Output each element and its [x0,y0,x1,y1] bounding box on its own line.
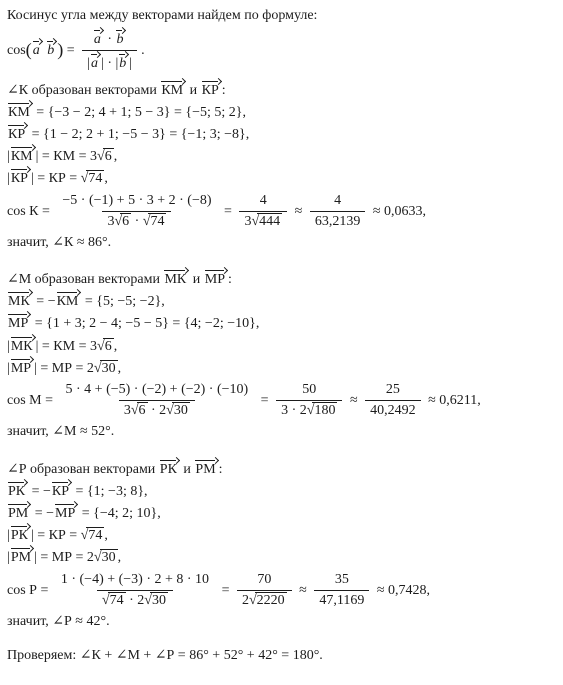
vector-МК: МК [10,335,36,354]
vector-КР: КР [10,167,31,186]
vector-МК: МК [163,268,189,287]
math-text: = {1 − 2; 2 + 1; −5 − 3} = {−1; 3; −8}, [28,127,249,142]
math-line: |РК| = КР = √74, [7,524,559,545]
math-text: . [141,43,145,58]
math-text: cos [7,43,26,58]
math-text: 35 [335,572,349,587]
math-text: 50 [302,382,316,397]
math-text: : [219,462,223,477]
numerator: 70 [252,571,276,590]
math-text: , [114,149,118,164]
math-line: Косинус угла между векторами найдем по ф… [7,7,559,25]
math-line: КМ = {−3 − 2; 4 + 1; 5 − 3} = {−5; 5; 2}… [7,101,559,122]
radicand: 30 [100,549,118,566]
fraction: 702√2220 [237,571,292,610]
math-text: | = КМ = 3 [36,149,97,164]
sqrt: √74 [143,214,167,229]
math-text: cos К = [7,203,53,218]
math-text: , [118,550,122,565]
math-text: · 2 [148,403,167,418]
radicand: 2220 [255,592,287,609]
sqrt: √180 [307,403,338,418]
vector-РМ: РМ [10,546,34,565]
math-line: ∠Р образован векторами РК и РМ: [7,458,559,479]
math-text: −5 · (−1) + 5 · 3 + 2 · (−8) [62,193,211,208]
math-text: cos М = [7,393,57,408]
math-text: ≈ 0,7428, [373,582,430,597]
denominator: 3√6 · √74 [102,211,171,231]
denominator: |a| · |b| [82,50,137,73]
math-line: |МК| = КМ = 3√6, [7,335,559,356]
math-text: = [221,203,236,218]
math-text: ∠К образован векторами [7,83,160,98]
numerator: 4 [329,192,346,211]
numerator: a · b [88,28,132,50]
denominator: 3√444 [239,211,287,231]
radicand: 30 [150,592,168,609]
math-line: |РМ| = МР = 2√30, [7,546,559,567]
numerator: −5 · (−1) + 5 · 3 + 2 · (−8) [57,192,216,211]
math-text: 2 [242,593,249,608]
vector-b: b [118,52,129,71]
vector-РМ: РМ [194,458,218,477]
math-text: = {1; −3; 8}, [72,484,148,499]
vector-МК: МК [7,290,33,309]
math-text: 25 [386,382,400,397]
fraction: 463,2139 [310,192,366,231]
math-text: = [63,43,78,58]
denominator: √74 · 2√30 [97,590,173,610]
section-angle-k: ∠К образован векторами КМ и КР:КМ = {−3 … [7,79,559,253]
radicand: 74 [86,527,104,544]
math-text: 47,1169 [319,593,364,608]
math-text: = {1 + 3; 2 − 4; −5 − 5} = {4; −2; −10}, [31,316,259,331]
vector-a: a [93,28,104,47]
math-line: КР = {1 − 2; 2 + 1; −5 − 3} = {−1; 3; −8… [7,123,559,144]
vector-МР: МР [54,502,78,521]
math-text: | = КР = [31,528,81,543]
vector-b: b [115,28,126,47]
radicand: 30 [172,402,190,419]
math-text: ≈ 0,6211, [425,393,481,408]
math-line: |КМ| = КМ = 3√6, [7,145,559,166]
sqrt: √6 [114,214,131,229]
math-line: значит, ∠К ≈ 86°. [7,234,559,252]
math-line: значит, ∠М ≈ 52°. [7,423,559,441]
sqrt: √30 [144,593,168,608]
math-text: ≈ [346,393,361,408]
vector-КР: КР [201,79,222,98]
numerator: 25 [381,381,405,400]
math-text: , [104,171,108,186]
math-line: значит, ∠Р ≈ 42°. [7,613,559,631]
math-line: РМ = −МР = {−4; 2; 10}, [7,502,559,523]
math-text: 3 · 2 [281,403,307,418]
math-line: МК = −КМ = {5; −5; −2}, [7,290,559,311]
fraction: 2540,2492 [365,381,421,420]
fraction: a · b|a| · |b| [82,28,137,73]
math-text: Проверяем: ∠К + ∠М + ∠Р = 86° + 52° + 42… [7,648,323,663]
math-line: cos М = 5 · 4 + (−5) · (−2) + (−2) · (−1… [7,379,559,422]
math-text: = [218,582,233,597]
radicand: 6 [137,402,148,419]
math-text: 70 [257,572,271,587]
fraction: 5 · 4 + (−5) · (−2) + (−2) · (−10)3√6 · … [61,381,254,420]
math-text: = {−3 − 2; 4 + 1; 5 − 3} = {−5; 5; 2}, [33,105,246,120]
radicand: 6 [103,338,114,355]
sqrt: √6 [97,339,114,354]
numerator: 50 [297,381,321,400]
denominator: 3 · 2√180 [276,400,342,420]
math-text: ≈ [291,203,306,218]
math-text: | = КР = [31,171,81,186]
radicand: 74 [148,213,166,230]
math-text: 40,2492 [370,403,416,418]
math-text: = − [33,294,56,309]
math-document: Косинус угла между векторами найдем по ф… [0,0,563,665]
sqrt: √6 [97,149,114,164]
math-text: cos Р = [7,582,52,597]
vector-КМ: КМ [56,290,82,309]
sqrt: √30 [94,550,118,565]
fraction: 43√444 [239,192,287,231]
math-text: Косинус угла между векторами найдем по ф… [7,8,317,23]
math-line: cos К = −5 · (−1) + 5 · 3 + 2 · (−8)3√6 … [7,190,559,233]
numerator: 4 [255,192,272,211]
vector-МР: МР [204,268,228,287]
sqrt: √30 [94,361,118,376]
math-text: значит, ∠К ≈ 86°. [7,235,111,250]
vector-РМ: РМ [7,502,31,521]
fraction: 3547,1169 [314,571,369,610]
math-text: и [189,272,204,287]
denominator: 63,2139 [310,211,366,231]
math-line: ∠К образован векторами КМ и КР: [7,79,559,100]
math-text: ≈ 0,0633, [369,203,426,218]
radicand: 30 [100,360,118,377]
denominator: 40,2492 [365,400,421,420]
vector-b: b [46,39,57,58]
sqrt: √74 [81,171,105,186]
math-text: 4 [260,193,267,208]
math-line: |КР| = КР = √74, [7,167,559,188]
math-text: 3 [124,403,131,418]
math-text: = − [28,484,51,499]
math-text: ∠М образован векторами [7,272,163,287]
math-text: 1 · (−4) + (−3) · 2 + 8 · 10 [61,572,209,587]
math-text: значит, ∠М ≈ 52°. [7,424,114,439]
radicand: 6 [120,213,131,230]
math-line: ∠М образован векторами МК и МР: [7,268,559,289]
vector-КМ: КМ [7,101,33,120]
math-text: : [222,83,226,98]
radicand: 6 [103,148,114,165]
math-text: = {−4; 2; 10}, [78,506,161,521]
sqrt: √74 [81,528,105,543]
math-text: и [186,83,201,98]
math-text: 63,2139 [315,214,361,229]
math-line: Проверяем: ∠К + ∠М + ∠Р = 86° + 52° + 42… [7,647,559,665]
math-text: 4 [334,193,341,208]
math-line: РК = −КР = {1; −3; 8}, [7,480,559,501]
math-text: | [129,56,132,71]
section-intro: Косинус угла между векторами найдем по ф… [7,7,559,76]
vector-РК: РК [159,458,180,477]
fraction: 1 · (−4) + (−3) · 2 + 8 · 10√74 · 2√30 [56,571,214,610]
section-check: Проверяем: ∠К + ∠М + ∠Р = 86° + 52° + 42… [7,647,559,665]
math-text: · [104,32,116,47]
denominator: 3√6 · 2√30 [119,400,195,420]
math-text: | · | [101,56,118,71]
math-line: cos(a b) = a · b|a| · |b|. [7,26,559,75]
vector-КМ: КМ [160,79,186,98]
math-text: : [228,272,232,287]
math-text: , [114,339,118,354]
fraction: 503 · 2√180 [276,381,342,420]
numerator: 5 · 4 + (−5) · (−2) + (−2) · (−10) [61,381,254,400]
vector-МР: МР [7,312,31,331]
math-text: = − [31,506,54,521]
math-text: ≈ [296,582,311,597]
math-line: cos Р = 1 · (−4) + (−3) · 2 + 8 · 10√74 … [7,569,559,612]
fraction: −5 · (−1) + 5 · 3 + 2 · (−8)3√6 · √74 [57,192,216,231]
vector-РК: РК [10,524,31,543]
vector-КМ: КМ [10,145,36,164]
vector-КР: КР [51,480,72,499]
math-text: ∠Р образован векторами [7,462,159,477]
math-text: | = МР = 2 [34,361,94,376]
sqrt: √30 [166,403,190,418]
math-text: = {5; −5; −2}, [81,294,164,309]
vector-РК: РК [7,480,28,499]
section-angle-m: ∠М образован векторами МК и МР:МК = −КМ … [7,268,559,442]
math-text: = [257,393,272,408]
radicand: 74 [86,170,104,187]
vector-a: a [32,39,43,58]
denominator: 47,1169 [314,590,369,610]
math-line: |МР| = МР = 2√30, [7,357,559,378]
math-text: · [131,214,143,229]
vector-a: a [90,52,101,71]
math-text: значит, ∠Р ≈ 42°. [7,614,110,629]
radicand: 444 [257,213,282,230]
math-text: и [180,462,195,477]
math-text: | = КМ = 3 [36,339,97,354]
numerator: 35 [330,571,354,590]
math-text: | = МР = 2 [34,550,94,565]
math-text: , [104,528,108,543]
section-angle-p: ∠Р образован векторами РК и РМ:РК = −КР … [7,458,559,632]
math-line: МР = {1 + 3; 2 − 4; −5 − 5} = {4; −2; −1… [7,312,559,333]
radicand: 180 [312,402,337,419]
math-text: · 2 [126,593,145,608]
radicand: 74 [108,592,126,609]
vector-МР: МР [10,357,34,376]
sqrt: √444 [251,214,282,229]
numerator: 1 · (−4) + (−3) · 2 + 8 · 10 [56,571,214,590]
math-text: , [118,361,122,376]
vector-КР: КР [7,123,28,142]
math-text: 5 · 4 + (−5) · (−2) + (−2) · (−10) [66,382,249,397]
sqrt: √2220 [249,593,287,608]
denominator: 2√2220 [237,590,292,610]
sqrt: √6 [131,403,148,418]
sqrt: √74 [102,593,126,608]
